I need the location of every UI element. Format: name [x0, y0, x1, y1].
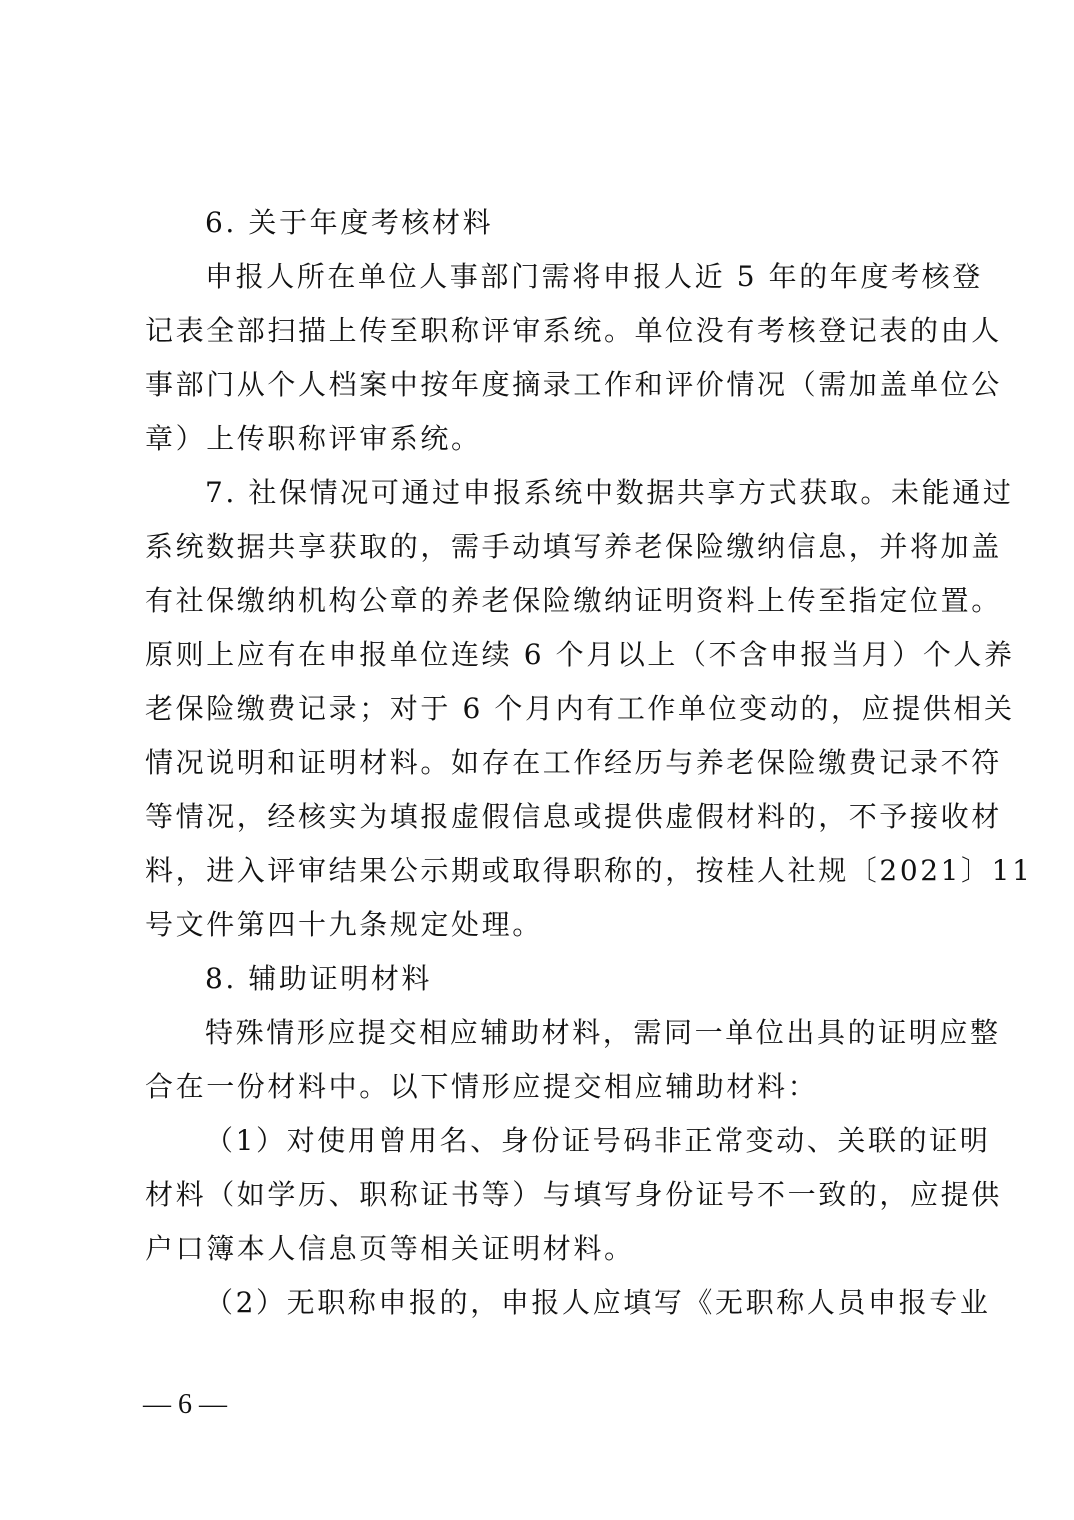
list-item-1: （1）对使用曾用名、身份证号码非正常变动、关联的证明 [205, 1114, 941, 1168]
paragraph-line: 有社保缴纳机构公章的养老保险缴纳证明资料上传至指定位置。 [145, 574, 941, 628]
section-heading-6: 6. 关于年度考核材料 [205, 196, 941, 250]
paragraph-line: 申报人所在单位人事部门需将申报人近 5 年的年度考核登 [205, 250, 941, 304]
paragraph-line: 户口簿本人信息页等相关证明材料。 [145, 1222, 941, 1276]
paragraph-line: 事部门从个人档案中按年度摘录工作和评价情况（需加盖单位公 [145, 358, 941, 412]
paragraph-line: 记表全部扫描上传至职称评审系统。单位没有考核登记表的由人 [145, 304, 941, 358]
section-heading-8: 8. 辅助证明材料 [205, 952, 941, 1006]
paragraph-line: 老保险缴费记录；对于 6 个月内有工作单位变动的，应提供相关 [145, 682, 941, 736]
paragraph-line: 合在一份材料中。以下情形应提交相应辅助材料： [145, 1060, 941, 1114]
page-number: — 6 — [143, 1380, 227, 1430]
paragraph-line: 特殊情形应提交相应辅助材料，需同一单位出具的证明应整 [205, 1006, 941, 1060]
document-page: 6. 关于年度考核材料 申报人所在单位人事部门需将申报人近 5 年的年度考核登 … [0, 0, 1074, 1520]
paragraph-line: 料，进入评审结果公示期或取得职称的，按桂人社规〔2021〕11 [145, 844, 941, 898]
paragraph-line: 系统数据共享获取的，需手动填写养老保险缴纳信息，并将加盖 [145, 520, 941, 574]
paragraph-line: 号文件第四十九条规定处理。 [145, 898, 941, 952]
section-paragraph-7: 7. 社保情况可通过申报系统中数据共享方式获取。未能通过 [205, 466, 941, 520]
paragraph-line: 等情况，经核实为填报虚假信息或提供虚假材料的，不予接收材 [145, 790, 941, 844]
paragraph-line: 材料（如学历、职称证书等）与填写身份证号不一致的，应提供 [145, 1168, 941, 1222]
paragraph-line: 原则上应有在申报单位连续 6 个月以上（不含申报当月）个人养 [145, 628, 941, 682]
paragraph-line: 情况说明和证明材料。如存在工作经历与养老保险缴费记录不符 [145, 736, 941, 790]
paragraph-line: 章）上传职称评审系统。 [145, 412, 941, 466]
list-item-2: （2）无职称申报的，申报人应填写《无职称人员申报专业 [205, 1276, 941, 1330]
